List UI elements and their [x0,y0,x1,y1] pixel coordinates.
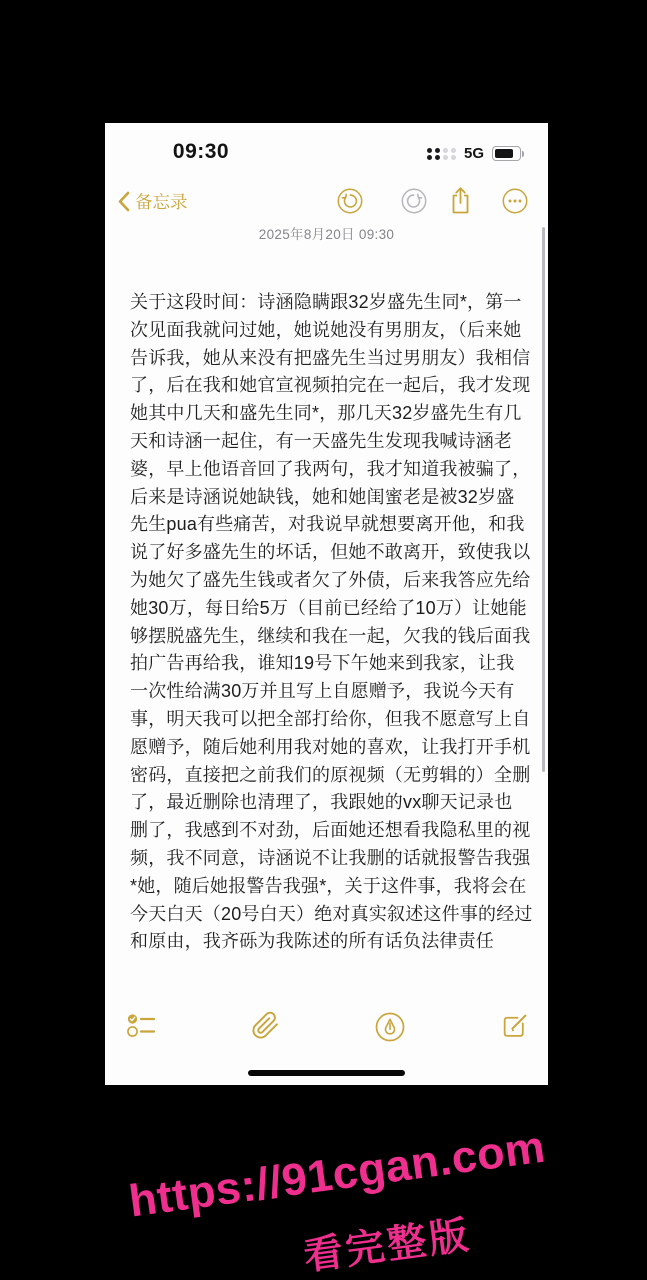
note-line: 先生pua有些痛苦，对我说早就想要离开他，和我 [130,511,532,539]
status-right-cluster: 5G [427,145,521,162]
phone-screenshot: 09:30 5G 备忘录 [105,123,548,1085]
home-indicator[interactable] [248,1070,405,1076]
watermark-caption: 看完整版 [300,1204,474,1280]
note-line: 一次性给满30万并且写上自愿赠予，我说今天有 [130,678,532,706]
note-line: 她30万，每日给5万（目前已经给了10万）让她能 [130,595,532,623]
note-line: 频，我不同意，诗涵说不让我删的话就报警告我强 [130,845,532,873]
redo-icon[interactable] [401,188,427,214]
note-line: 事，明天我可以把全部打给你，但我不愿意写上自 [130,706,532,734]
share-icon[interactable] [449,186,472,215]
chevron-left-icon [117,191,130,212]
watermark-url: https://91cgan.com [126,1121,548,1228]
network-type-label: 5G [464,145,484,162]
scrollbar[interactable] [542,227,545,772]
note-line: 后来是诗涵说她缺钱，她和她闺蜜老是被32岁盛 [130,484,532,512]
status-bar: 09:30 5G [105,137,548,169]
note-line: 拍广告再给我，谁知19号下午她来到我家，让我 [130,650,532,678]
note-line: 和原由，我齐砾为我陈述的所有话负法律责任 [130,928,532,956]
battery-icon [492,146,521,161]
markup-pen-icon[interactable] [375,1012,405,1042]
back-label: 备忘录 [135,189,188,214]
note-line: 天和诗涵一起住，有一天盛先生发现我喊诗涵老 [130,428,532,456]
note-line: 她其中几天和盛先生同*，那几天32岁盛先生有几 [130,400,532,428]
note-line: *她，随后她报警告我强*，关于这件事，我将会在 [130,873,532,901]
note-line: 密码，直接把之前我们的原视频（无剪辑的）全删 [130,762,532,790]
back-button[interactable]: 备忘录 [117,189,188,214]
status-time: 09:30 [161,140,241,164]
nav-bar: 备忘录 [105,186,548,220]
note-line: 次见面我就问过她，她说她没有男朋友，（后来她 [130,317,532,345]
note-line: 今天白天（20号白天）绝对真实叙述这件事的经过 [130,901,532,929]
ellipsis-icon[interactable] [502,188,528,214]
note-line: 说了好多盛先生的坏话，但她不敢离开，致使我以 [130,539,532,567]
note-line: 了，最近删除也清理了，我跟她的vx聊天记录也 [130,789,532,817]
note-date: 2025年8月20日 09:30 [105,223,548,243]
note-line: 删了，我感到不对劲，后面她还想看我隐私里的视 [130,817,532,845]
note-body[interactable]: 关于这段时间：诗涵隐瞒跟32岁盛先生同*，第一次见面我就问过她，她说她没有男朋友… [130,289,532,956]
note-line: 够摆脱盛先生，继续和我在一起，欠我的钱后面我 [130,623,532,651]
note-line: 为她欠了盛先生钱或者欠了外债，后来我答应先给 [130,567,532,595]
compose-icon[interactable] [500,1012,529,1041]
note-line: 婆，早上他语音回了我两句，我才知道我被骗了， [130,456,532,484]
note-line: 告诉我，她从来没有把盛先生当过男朋友）我相信 [130,345,532,373]
note-line: 了，后在我和她官宣视频拍完在一起后，我才发现 [130,372,532,400]
cellular-signal-icon [427,148,456,160]
note-line: 愿赠予，随后她利用我对她的喜欢，让我打开手机 [130,734,532,762]
paperclip-icon[interactable] [251,1011,280,1040]
checklist-icon[interactable] [126,1012,158,1039]
undo-icon[interactable] [337,188,363,214]
note-line: 关于这段时间：诗涵隐瞒跟32岁盛先生同*，第一 [130,289,532,317]
